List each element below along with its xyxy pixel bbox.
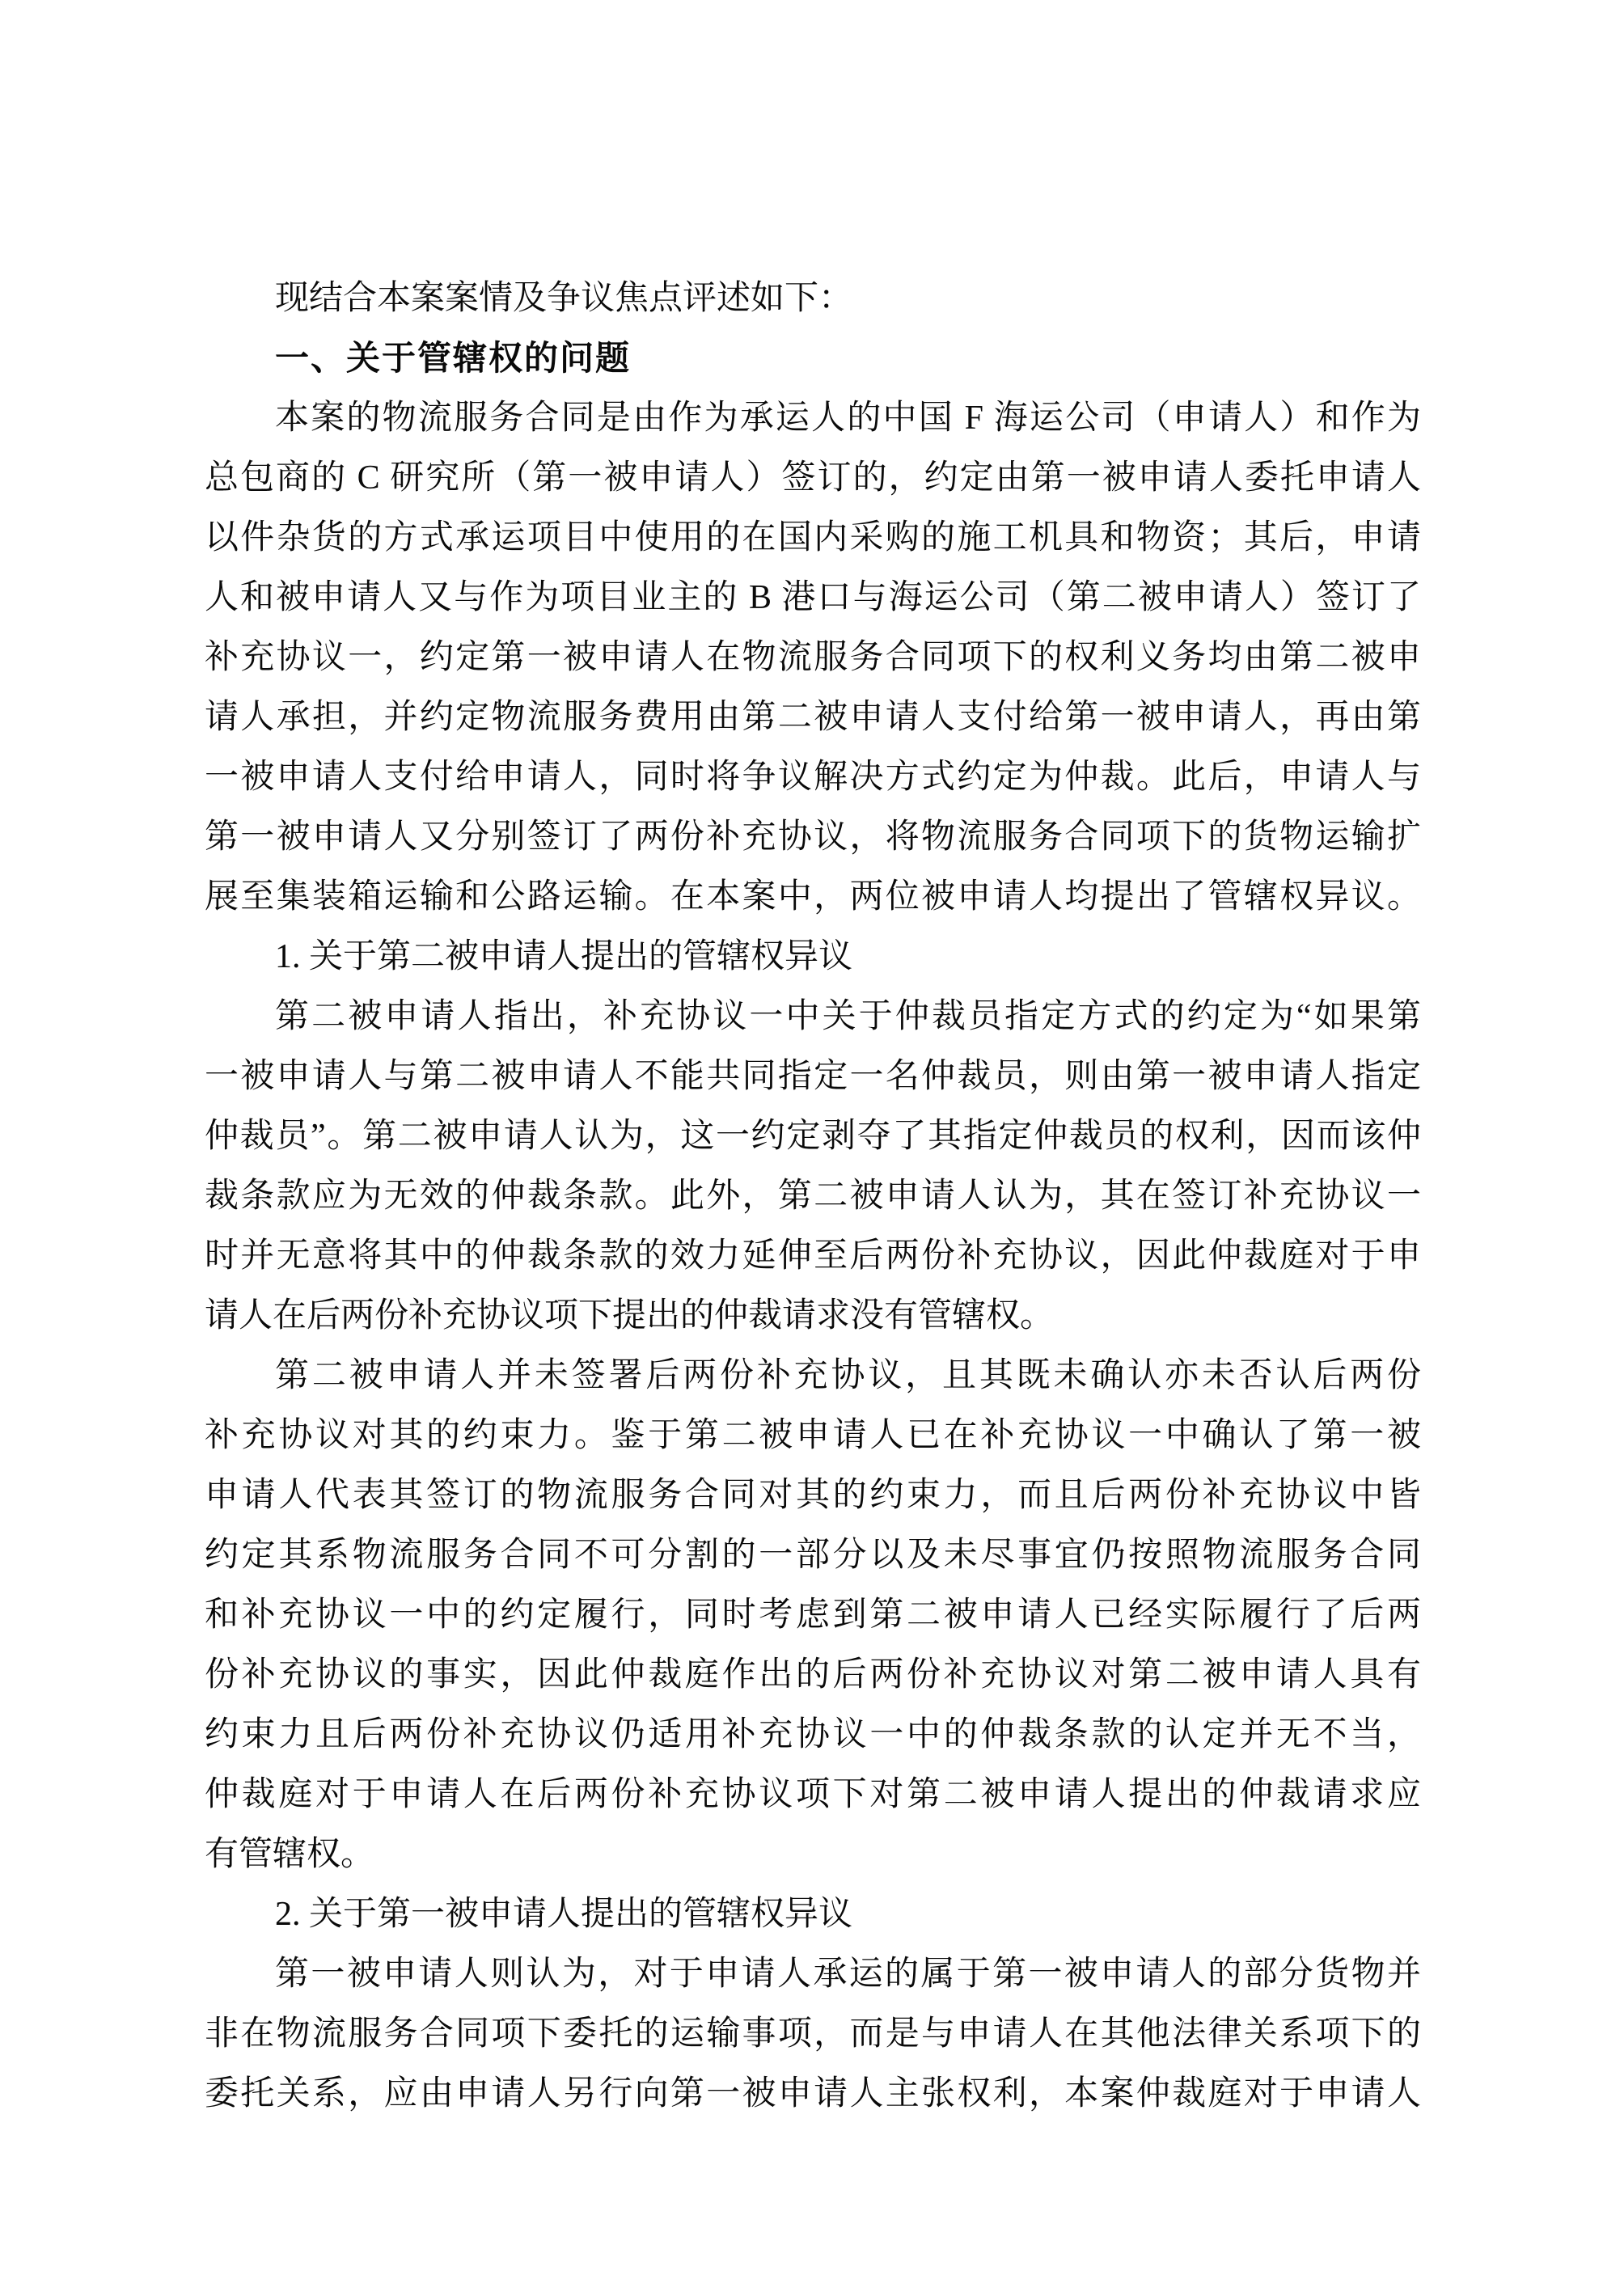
section-heading: 一、关于管辖权的问题 xyxy=(205,328,1421,388)
text-line: 一被申请人与第二被申请人不能共同指定一名仲裁员，则由第一被申请人指定 xyxy=(205,1047,1421,1106)
text-line: 有管辖权。 xyxy=(205,1825,1421,1884)
text-line: 第二被申请人指出，补充协议一中关于仲裁员指定方式的约定为“如果第 xyxy=(205,987,1421,1047)
text-line: 请人承担，并约定物流服务费用由第二被申请人支付给第一被申请人，再由第 xyxy=(205,687,1421,747)
text-line: 总包商的 C 研究所（第一被申请人）签订的，约定由第一被申请人委托申请人 xyxy=(205,448,1421,508)
text-line: 补充协议对其的约束力。鉴于第二被申请人已在补充协议一中确认了第一被 xyxy=(205,1406,1421,1465)
text-line: 非在物流服务合同项下委托的运输事项，而是与申请人在其他法律关系项下的 xyxy=(205,2004,1421,2064)
text-line: 委托关系，应由申请人另行向第一被申请人主张权利，本案仲裁庭对于申请人 xyxy=(205,2064,1421,2124)
text-line: 时并无意将其中的仲裁条款的效力延伸至后两份补充协议，因此仲裁庭对于申 xyxy=(205,1226,1421,1286)
text-line: 一被申请人支付给申请人，同时将争议解决方式约定为仲裁。此后，申请人与 xyxy=(205,747,1421,807)
document-page: 现结合本案案情及争议焦点评述如下：一、关于管辖权的问题本案的物流服务合同是由作为… xyxy=(0,0,1624,2292)
text-line: 裁条款应为无效的仲裁条款。此外，第二被申请人认为，其在签订补充协议一 xyxy=(205,1166,1421,1226)
text-line: 第二被申请人并未签署后两份补充协议，且其既未确认亦未否认后两份 xyxy=(205,1346,1421,1406)
text-line: 补充协议一，约定第一被申请人在物流服务合同项下的权利义务均由第二被申 xyxy=(205,628,1421,687)
text-line: 仲裁庭对于申请人在后两份补充协议项下对第二被申请人提出的仲裁请求应 xyxy=(205,1765,1421,1825)
text-line: 第一被申请人又分别签订了两份补充协议，将物流服务合同项下的货物运输扩 xyxy=(205,807,1421,867)
subsection-heading: 2. 关于第一被申请人提出的管辖权异议 xyxy=(205,1884,1421,1944)
text-line: 人和被申请人又与作为项目业主的 B 港口与海运公司（第二被申请人）签订了 xyxy=(205,568,1421,628)
text-line: 以件杂货的方式承运项目中使用的在国内采购的施工机具和物资；其后，申请 xyxy=(205,508,1421,568)
text-line: 和补充协议一中的约定履行，同时考虑到第二被申请人已经实际履行了后两 xyxy=(205,1585,1421,1645)
subsection-heading: 1. 关于第二被申请人提出的管辖权异议 xyxy=(205,927,1421,987)
text-line: 第一被申请人则认为，对于申请人承运的属于第一被申请人的部分货物并 xyxy=(205,1944,1421,2004)
text-line: 约束力且后两份补充协议仍适用补充协议一中的仲裁条款的认定并无不当， xyxy=(205,1705,1421,1765)
text-line: 现结合本案案情及争议焦点评述如下： xyxy=(205,269,1421,328)
text-line: 申请人代表其签订的物流服务合同对其的约束力，而且后两份补充协议中皆 xyxy=(205,1465,1421,1525)
text-line: 份补充协议的事实，因此仲裁庭作出的后两份补充协议对第二被申请人具有 xyxy=(205,1645,1421,1705)
text-line: 约定其系物流服务合同不可分割的一部分以及未尽事宜仍按照物流服务合同 xyxy=(205,1525,1421,1585)
text-block: 现结合本案案情及争议焦点评述如下：一、关于管辖权的问题本案的物流服务合同是由作为… xyxy=(205,269,1421,2124)
text-line: 展至集装箱运输和公路运输。在本案中，两位被申请人均提出了管辖权异议。 xyxy=(205,867,1421,927)
text-line: 本案的物流服务合同是由作为承运人的中国 F 海运公司（申请人）和作为 xyxy=(205,388,1421,448)
text-line: 请人在后两份补充协议项下提出的仲裁请求没有管辖权。 xyxy=(205,1286,1421,1346)
text-line: 仲裁员”。第二被申请人认为，这一约定剥夺了其指定仲裁员的权利，因而该仲 xyxy=(205,1106,1421,1166)
